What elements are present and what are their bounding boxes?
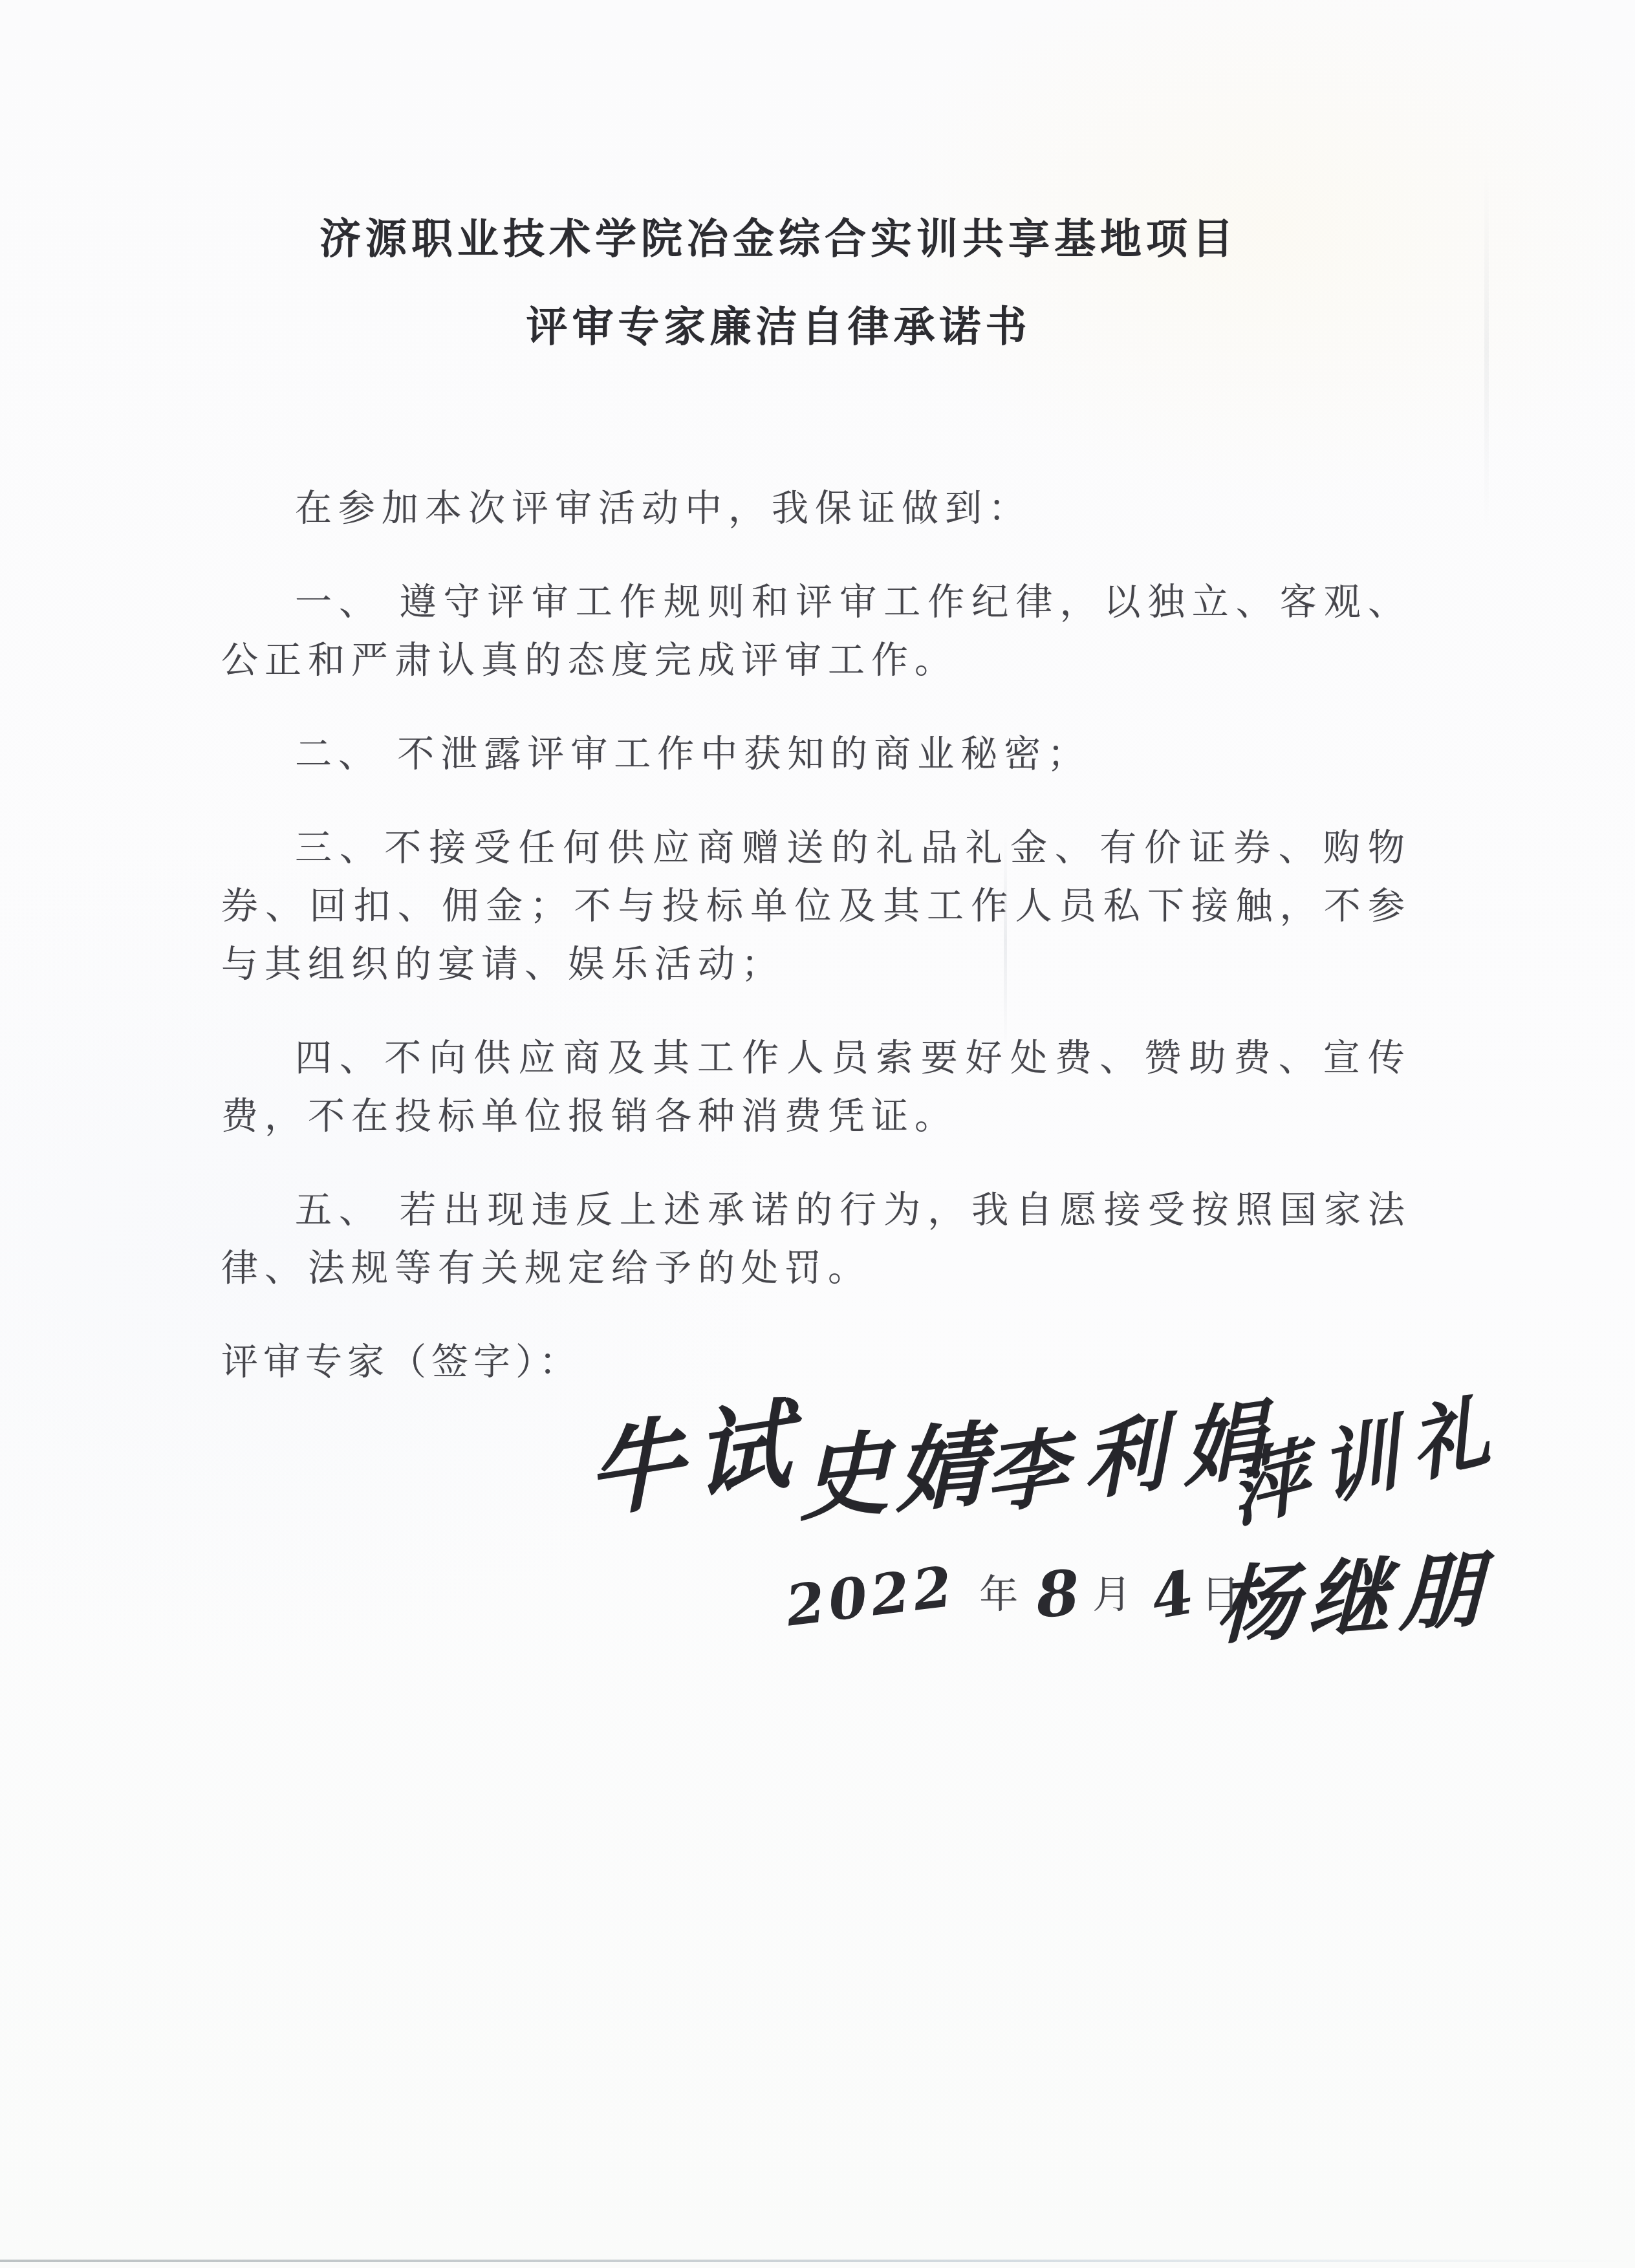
handwritten-signature-5: 杨继朋	[1215, 1522, 1492, 1660]
document-title-line-1: 济源职业技术学院冶金综合实训共享基地项目	[0, 213, 1557, 264]
handwritten-year: 2022	[783, 1553, 960, 1639]
scanned-document-page: 济源职业技术学院冶金综合实训共享基地项目 评审专家廉洁自律承诺书 在参加本次评审…	[0, 0, 1635, 2268]
year-label: 年	[979, 1573, 1022, 1616]
intro-paragraph: 在参加本次评审活动中，我保证做到：	[221, 480, 1411, 538]
commitment-item-3: 三、不接受任何供应商赠送的礼品礼金、有价证券、购物券、回扣、佣金；不与投标单位及…	[221, 819, 1411, 994]
scanner-edge-artifact	[0, 2260, 1635, 2262]
commitment-item-5: 五、 若出现违反上述承诺的行为，我自愿接受按照国家法律、法规等有关规定给予的处罚…	[221, 1182, 1411, 1298]
document-title-line-2: 评审专家廉洁自律承诺书	[0, 301, 1557, 352]
commitment-item-2: 二、 不泄露评审工作中获知的商业秘密；	[221, 726, 1411, 784]
month-label: 月	[1092, 1573, 1135, 1616]
commitment-item-1: 一、 遵守评审工作规则和评审工作纪律，以独立、客观、公正和严肃认真的态度完成评审…	[221, 574, 1411, 690]
document-title-block: 济源职业技术学院冶金综合实训共享基地项目 评审专家廉洁自律承诺书	[0, 213, 1635, 352]
commitment-item-4: 四、不向供应商及其工作人员索要好处费、赞助费、宣传费，不在投标单位报销各种消费凭…	[221, 1030, 1411, 1146]
day-label: 日	[1201, 1573, 1244, 1616]
handwritten-signature-2: 史婧	[798, 1392, 993, 1539]
document-body: 在参加本次评审活动中，我保证做到： 一、 遵守评审工作规则和评审工作纪律，以独立…	[0, 480, 1635, 1392]
handwritten-month: 8	[1034, 1556, 1087, 1632]
date-line: 2022年8月4日	[786, 1557, 1244, 1630]
handwritten-day: 4	[1146, 1557, 1203, 1634]
